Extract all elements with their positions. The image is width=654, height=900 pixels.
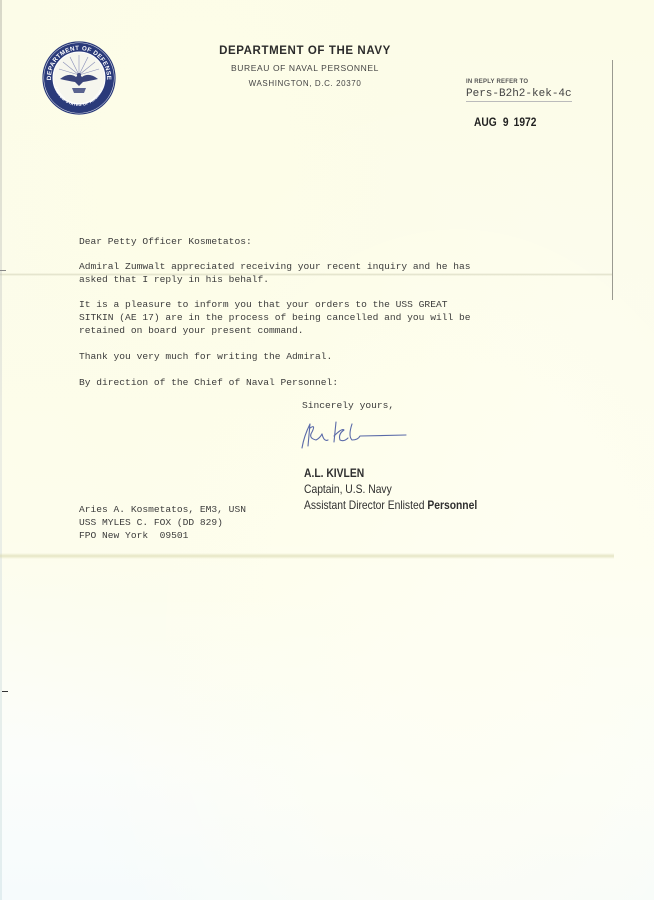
letterhead-bureau: BUREAU OF NAVAL PERSONNEL xyxy=(190,63,420,73)
letter-paragraph: It is a pleasure to inform you that your… xyxy=(79,298,471,337)
signer-title: Assistant Director Enlisted Personnel xyxy=(304,498,477,512)
letter-paragraph: By direction of the Chief of Naval Perso… xyxy=(79,376,338,389)
closing: Sincerely yours, xyxy=(302,400,394,411)
page-left-edge xyxy=(0,0,2,900)
date-stamp: AUG 91972 xyxy=(474,115,536,129)
paper-fold-line xyxy=(0,553,614,559)
letterhead-address: WASHINGTON, D.C. 20370 xyxy=(190,79,420,88)
date-year: 1972 xyxy=(514,115,537,129)
signer-title-prefix: Assistant Director Enlisted xyxy=(304,498,427,512)
letter-paragraph: Admiral Zumwalt appreciated receiving yo… xyxy=(79,260,471,286)
department-of-defense-seal-icon: DEPARTMENT OF DEFENSE UNITED STATES OF A… xyxy=(42,41,116,115)
letterhead-title: DEPARTMENT OF THE NAVY xyxy=(190,45,420,57)
reply-reference-code: Pers-B2h2-kek-4c xyxy=(466,88,572,102)
signer-name: A.L. KIVLEN xyxy=(304,466,364,480)
scan-mark xyxy=(2,691,8,692)
paper-edge-line xyxy=(612,60,613,300)
signature-icon xyxy=(296,418,416,454)
date-month-day: AUG 9 xyxy=(474,115,509,129)
recipient-address-line: Aries A. Kosmetatos, EM3, USN xyxy=(79,503,246,516)
recipient-address-line: FPO New York 09501 xyxy=(79,529,188,542)
scan-mark xyxy=(0,270,6,271)
salutation: Dear Petty Officer Kosmetatos: xyxy=(79,235,252,248)
signer-title-emphasis: Personnel xyxy=(427,498,477,512)
recipient-address-line: USS MYLES C. FOX (DD 829) xyxy=(79,516,223,529)
signer-rank: Captain, U.S. Navy xyxy=(304,482,392,496)
letter-paragraph: Thank you very much for writing the Admi… xyxy=(79,350,332,363)
reply-reference-label: IN REPLY REFER TO xyxy=(466,79,528,85)
